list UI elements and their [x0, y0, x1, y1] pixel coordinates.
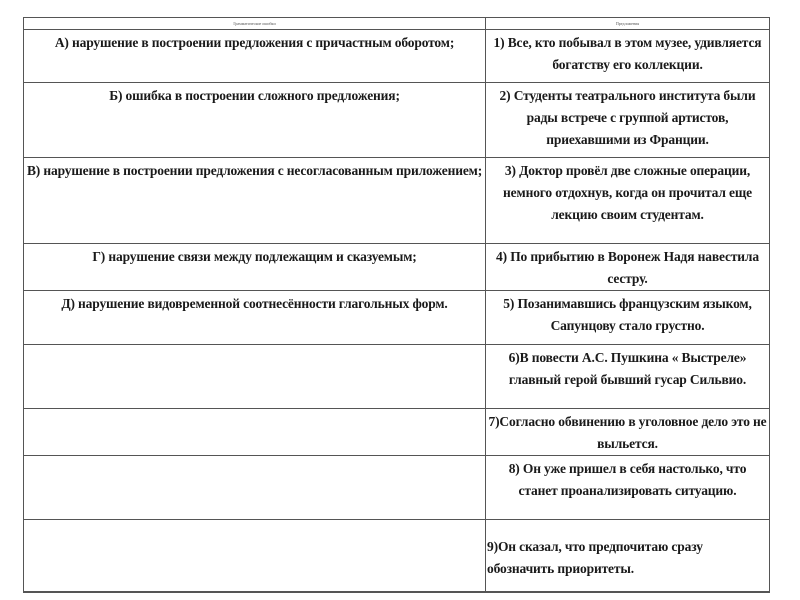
sentence-text-1: 1) Все, кто побывал в этом музее, удивля…: [486, 30, 769, 76]
sentence-text-2: 2) Студенты театрального института были …: [486, 83, 769, 151]
error-text-v: В) нарушение в построении предложения с …: [24, 158, 485, 182]
table-row: В) нарушение в построении предложения с …: [24, 158, 770, 244]
table-row: А) нарушение в построении предложения с …: [24, 30, 770, 83]
sentence-text-9: 9)Он сказал, что предпочитаю сразу обозн…: [486, 520, 769, 580]
table-row: Д) нарушение видовременной соотнесённост…: [24, 291, 770, 345]
sentence-cell: 1) Все, кто побывал в этом музее, удивля…: [486, 30, 770, 83]
sentence-text-6: 6)В повести А.С. Пушкина « Выстреле» гла…: [486, 345, 769, 391]
table-row: 6)В повести А.С. Пушкина « Выстреле» гла…: [24, 345, 770, 409]
sentence-text-4: 4) По прибытию в Воронеж Надя навестила …: [486, 244, 769, 290]
table-row: 8) Он уже пришел в себя настолько, что с…: [24, 456, 770, 520]
table-row: Б) ошибка в построении сложного предложе…: [24, 83, 770, 158]
error-cell-empty: [24, 520, 486, 593]
table-row: 7)Согласно обвинению в уголовное дело эт…: [24, 409, 770, 456]
error-cell-empty: [24, 409, 486, 456]
sentence-cell: 8) Он уже пришел в себя настолько, что с…: [486, 456, 770, 520]
sentence-text-8: 8) Он уже пришел в себя настолько, что с…: [486, 456, 769, 502]
error-text-d: Д) нарушение видовременной соотнесённост…: [24, 291, 485, 315]
error-text-a: А) нарушение в построении предложения с …: [24, 30, 485, 54]
error-cell: Д) нарушение видовременной соотнесённост…: [24, 291, 486, 345]
table-row: Г) нарушение связи между подлежащим и ск…: [24, 244, 770, 291]
sentence-cell: 6)В повести А.С. Пушкина « Выстреле» гла…: [486, 345, 770, 409]
header-sentences: Предложения: [486, 18, 770, 30]
table-header-row: Грамматические ошибки Предложения: [24, 18, 770, 30]
sentence-cell: 2) Студенты театрального института были …: [486, 83, 770, 158]
sentence-cell: 9)Он сказал, что предпочитаю сразу обозн…: [486, 520, 770, 593]
error-text-empty: [24, 409, 485, 411]
sentence-cell: 5) Позанимавшись французским языком, Сап…: [486, 291, 770, 345]
sentence-text-5: 5) Позанимавшись французским языком, Сап…: [486, 291, 769, 337]
sentence-text-3: 3) Доктор провёл две сложные операции, н…: [486, 158, 769, 226]
sentence-cell: 3) Доктор провёл две сложные операции, н…: [486, 158, 770, 244]
error-cell-empty: [24, 456, 486, 520]
table-row: 9)Он сказал, что предпочитаю сразу обозн…: [24, 520, 770, 593]
sentence-cell: 4) По прибытию в Воронеж Надя навестила …: [486, 244, 770, 291]
error-cell: В) нарушение в построении предложения с …: [24, 158, 486, 244]
sentence-cell: 7)Согласно обвинению в уголовное дело эт…: [486, 409, 770, 456]
error-cell: А) нарушение в построении предложения с …: [24, 30, 486, 83]
sentence-text-7: 7)Согласно обвинению в уголовное дело эт…: [486, 409, 769, 455]
error-cell: Г) нарушение связи между подлежащим и ск…: [24, 244, 486, 291]
error-text-empty: [24, 456, 485, 458]
slide-page: Грамматические ошибки Предложения А) нар…: [0, 0, 800, 600]
error-text-b: Б) ошибка в построении сложного предложе…: [24, 83, 485, 107]
matching-table: Грамматические ошибки Предложения А) нар…: [23, 17, 770, 593]
error-cell: Б) ошибка в построении сложного предложе…: [24, 83, 486, 158]
error-text-empty: [24, 345, 485, 347]
error-text-g: Г) нарушение связи между подлежащим и ск…: [24, 244, 485, 268]
error-text-empty: [24, 520, 485, 522]
error-cell-empty: [24, 345, 486, 409]
header-grammatical-errors: Грамматические ошибки: [24, 18, 486, 30]
